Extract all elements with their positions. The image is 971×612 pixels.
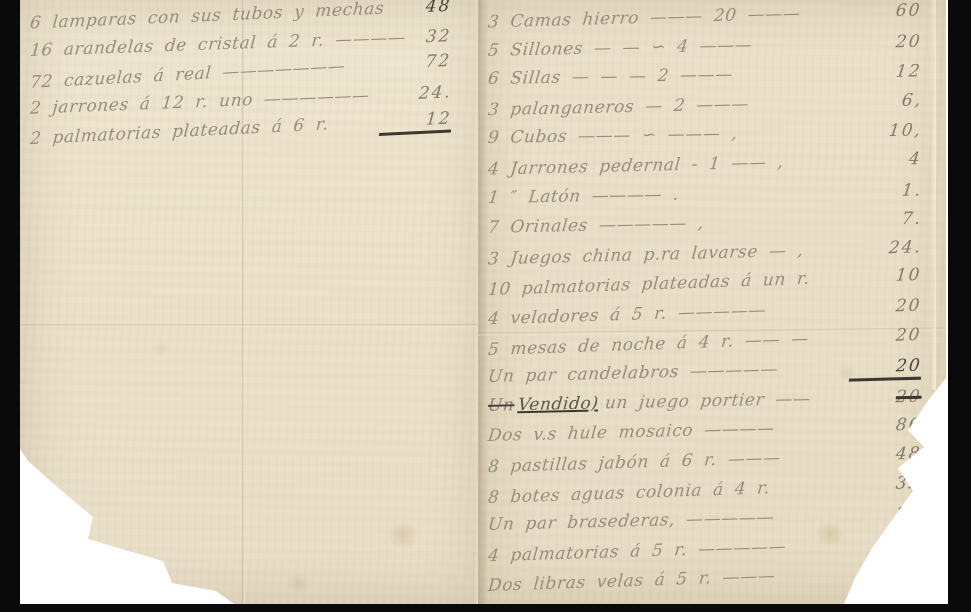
stain — [282, 568, 316, 598]
ledger-line: 1 ″ Latón ———— .1. — [488, 180, 948, 214]
ledger-line-text: Dos v.s hule mosaico ———— — [487, 419, 776, 447]
ledger-line-text: 6 Sillas — — — 2 ——— — [487, 65, 734, 89]
ledger-line-text: 5 Sillones — — ∽ 4 ——— — [487, 35, 753, 61]
ledger-line-value: 7. — [901, 209, 923, 229]
left-page: 6 lamparas con sus tubos y mechas4816 ar… — [20, 0, 482, 604]
ledger-line-text: 9 Cubos ——— ∽ ——— , — [487, 124, 739, 148]
ledger-line-text: 3 Juegos china p.ra lavarse — , — [487, 240, 804, 269]
ledger-line-value: 1. — [901, 180, 923, 200]
scanned-document: 6 lamparas con sus tubos y mechas4816 ar… — [0, 0, 971, 612]
ledger-line-text: 3 palanganeros — 2 ——— — [487, 94, 750, 120]
ledger-line-value: 10, — [888, 121, 923, 142]
ledger-line-value: 60 — [895, 0, 923, 21]
ledger-line-value: 72 — [425, 51, 452, 72]
ledger-line-text: 4 Jarrones pedernal - 1 —— , — [487, 152, 785, 179]
scan-border-left — [0, 0, 20, 612]
ledger-line-text: 6 lamparas con sus tubos y mechas — [29, 0, 385, 34]
ledger-line-text: 4 veladores á 5 r. ————— — [487, 300, 767, 329]
stain — [380, 515, 426, 555]
ledger-line-value: 20 — [895, 387, 923, 408]
ledger-line: 6 Sillas — — — 2 ———12 — [488, 61, 948, 95]
scan-border-right — [948, 0, 971, 612]
ledger-line-value: 20 — [849, 356, 923, 382]
scan-border-bottom — [0, 604, 971, 612]
ledger-line-text: 1 ″ Latón ———— . — [487, 184, 680, 207]
ledger-line-value: 20 — [895, 324, 922, 345]
ledger-line-value: 10 — [895, 265, 922, 286]
ledger-line-text: 4 palmatorias á 5 r. ————— — [487, 537, 787, 566]
ledger-line-value: 24. — [418, 82, 453, 103]
ledger-line-text: 7 Orinales ————— , — [487, 213, 705, 238]
ledger-line-text: 8 botes aguas colonia á 4 r. — [487, 478, 771, 508]
ledger-line-text: 3 Camas hierro ——— 20 ——— — [487, 4, 801, 33]
struck-word: Un — [487, 395, 516, 416]
right-page: 3 Camas hierro ——— 20 ———605 Sillones — … — [478, 0, 948, 604]
ledger-line-text: un juego portier —— — [604, 389, 812, 413]
ledger-line-value: 12 — [379, 108, 452, 136]
fold-crease-horizontal — [20, 324, 482, 327]
ledger-line-value: 20 — [895, 31, 923, 52]
ledger-line-value: 24. — [888, 237, 923, 258]
ledger-line-value: 6, — [901, 90, 923, 111]
stain — [148, 338, 174, 360]
ledger-line-value: 20 — [895, 296, 922, 317]
underlined-word: Vendido) — [517, 393, 600, 415]
ledger-line-value: 12 — [895, 62, 923, 82]
ledger-line-value: 32 — [425, 26, 452, 47]
ledger-line-value: 48 — [425, 0, 452, 17]
ledger-line-value: 4 — [908, 149, 923, 169]
ledger-line: 4 Jarrones pedernal - 1 —— ,4 — [488, 148, 948, 185]
ledger-line-text: 8 pastillas jabón á 6 r. ——— — [487, 448, 782, 477]
